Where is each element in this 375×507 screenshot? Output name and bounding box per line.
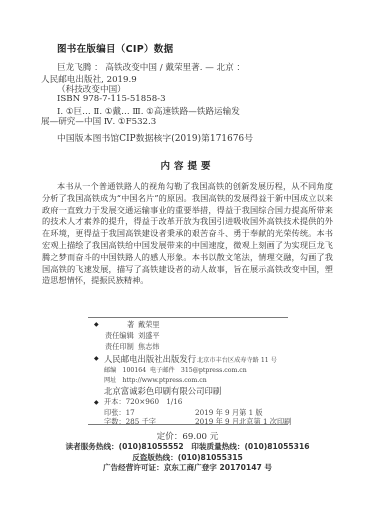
printing-label: 责任印制 xyxy=(105,342,134,352)
summary-title: 内容提要 xyxy=(0,158,375,172)
cip-line-publisher: 人民邮电出版社, 2019.9 xyxy=(41,75,137,85)
top-divider xyxy=(88,317,288,318)
summary-body: 本书从一个普通铁路人的视角勾勒了我国高铁的创新发展历程，从不同角度分析了我国高铁… xyxy=(42,181,333,287)
editor-name: 刘盛平 xyxy=(138,331,160,341)
word-count: 字数：285 千字 xyxy=(104,417,156,427)
postcode: 邮编 100164 xyxy=(104,365,146,374)
publisher: 人民邮电出版社出版发行 xyxy=(104,353,196,365)
editor-label: 责任编辑 xyxy=(105,331,134,341)
bullet-icon: ◆ xyxy=(94,355,99,362)
publisher-address: 北京市丰台区成寿寺路 11 号 xyxy=(197,355,277,364)
author-label: 著 xyxy=(127,320,134,330)
email: 电子邮件 315@ptpress.com.cn xyxy=(150,365,247,374)
cip-record-number: 中国版本图书馆CIP数据核字(2019)第171676号 xyxy=(57,131,253,144)
ad-license: 广告经营许可证：京东工商广登字 20170147 号 xyxy=(0,462,375,473)
author-name: 戴荣里 xyxy=(138,320,160,330)
bottom-divider xyxy=(88,424,288,425)
service-hotlines: 读者服务热线：(010)81055552 印装质量热线：(010)8105531… xyxy=(0,441,375,452)
cip-line-classification-cont: 展—研究—中国 Ⅳ. ①F532.3 xyxy=(41,117,156,127)
printing-name: 焦志炜 xyxy=(138,342,160,352)
cip-title: 图书在版编目（CIP）数据 xyxy=(57,41,173,55)
bullet-icon: ◆ xyxy=(94,321,99,328)
bullet-icon: ◆ xyxy=(94,399,99,406)
cip-line-classification: Ⅰ. ①巨… Ⅱ. ①戴… Ⅲ. ①高速铁路—铁路运输发 xyxy=(57,107,240,117)
book-format: 开本：720×960 1/16 xyxy=(104,397,182,407)
website: 网址 http://www.ptpress.com.cn xyxy=(104,375,207,384)
cip-line-title: 巨龙飞腾 ： 高铁改变中国 / 戴荣里著. — 北京 ： xyxy=(57,63,245,73)
cip-line-isbn: ISBN 978-7-115-51858-3 xyxy=(57,94,166,104)
printer: 北京富诚彩色印刷有限公司印刷 xyxy=(104,385,221,397)
print-run: 2019 年 9 月北京第 1 次印刷 xyxy=(195,417,291,427)
